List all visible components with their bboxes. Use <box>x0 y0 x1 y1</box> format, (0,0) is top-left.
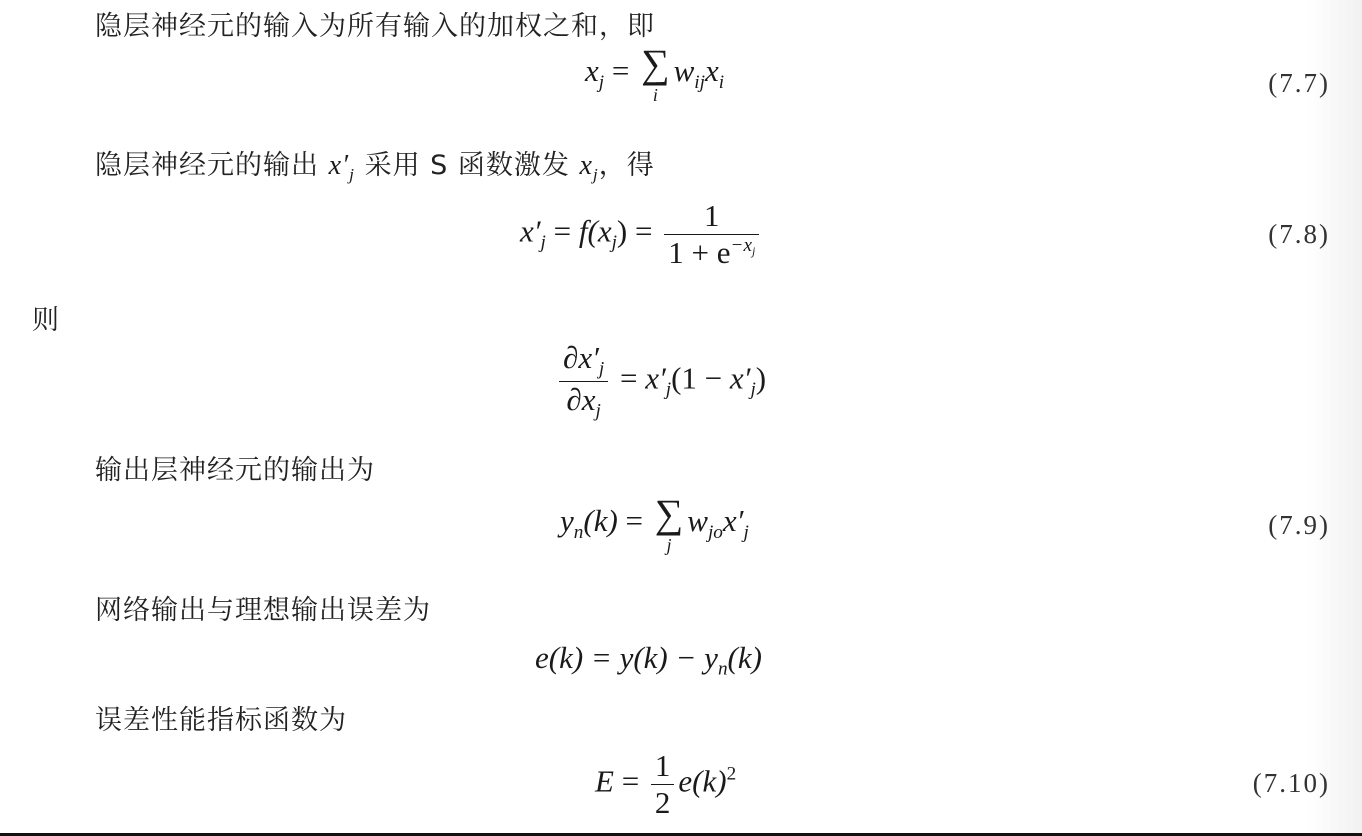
paragraph-hidden-output: 隐层神经元的输出 x′j 采用 S 函数激发 xj，得 <box>95 143 655 185</box>
var: x′ <box>520 213 541 248</box>
var: w <box>674 53 695 88</box>
fraction: ∂x′j ∂xj <box>559 340 608 423</box>
var: E <box>595 763 614 798</box>
equation-7-9: yn(k) = ∑jwjox′j <box>560 494 749 554</box>
var: x <box>585 53 599 88</box>
exponent: 2 <box>727 764 737 785</box>
equals: = <box>554 213 571 248</box>
sum-index: i <box>641 86 670 104</box>
func: f( <box>579 213 598 248</box>
sub: i <box>719 72 724 93</box>
equals: = <box>622 763 639 798</box>
num-text: ∂x′ <box>563 340 599 375</box>
equals: = <box>626 503 643 538</box>
paragraph-network-error: 网络输出与理想输出误差为 <box>95 588 431 627</box>
inline-math: xj <box>579 150 598 181</box>
sub: jo <box>708 522 723 543</box>
sub: j <box>599 72 604 93</box>
sum-index: j <box>655 536 684 554</box>
sum-operator: ∑j <box>655 494 684 554</box>
var: x <box>705 53 719 88</box>
sub: ij <box>694 72 705 93</box>
paren: ) <box>756 360 766 395</box>
sub: j <box>743 522 748 543</box>
sub: j <box>541 232 546 253</box>
equation-number-7-7: (7.7) <box>1268 68 1330 99</box>
fraction: 1 1 + e−xj <box>664 198 759 270</box>
exponent: −xj <box>730 235 755 256</box>
paragraph-performance-index: 误差性能指标函数为 <box>95 698 347 737</box>
text: e(k) <box>678 763 726 798</box>
text: 隐层神经元的输出 <box>95 150 319 181</box>
denominator: ∂xj <box>559 382 608 423</box>
equals: = <box>612 53 629 88</box>
var: x′ <box>723 503 744 538</box>
equation-error: e(k) = y(k) − yn(k) <box>535 640 762 681</box>
sub: j <box>752 244 755 258</box>
den-text: 1 + e <box>668 235 730 270</box>
inline-math: x′j <box>329 150 355 181</box>
sub: n <box>574 522 584 543</box>
sub: j <box>595 401 600 422</box>
sum-operator: ∑i <box>641 44 670 104</box>
numerator: 1 <box>664 198 759 235</box>
paragraph-hidden-input: 隐层神经元的输入为所有输入的加权之和，即 <box>95 4 655 43</box>
equation-7-8: x′j = f(xj) = 1 1 + e−xj <box>520 198 763 270</box>
var: x′ <box>329 150 350 181</box>
equation-derivative: ∂x′j ∂xj = x′j(1 − x′j) <box>555 340 766 423</box>
sum-icon: ∑ <box>641 44 670 84</box>
text: 采用 S 函数激发 <box>365 150 570 181</box>
text: e(k) = y(k) − y <box>535 640 718 675</box>
numerator: ∂x′j <box>559 340 608 382</box>
den-text: ∂x <box>566 382 595 417</box>
sub: n <box>718 659 728 680</box>
numerator: 1 <box>651 748 675 785</box>
sum-icon: ∑ <box>655 494 684 534</box>
sub: j <box>349 165 355 184</box>
fraction: 1 2 <box>651 748 675 820</box>
equation-7-10: E = 1 2 e(k)2 <box>595 748 736 820</box>
text: ，得 <box>599 150 655 181</box>
var: w <box>687 503 708 538</box>
equals: = <box>635 213 652 248</box>
exp-text: −x <box>730 235 751 256</box>
var: x <box>579 150 592 181</box>
var: x <box>598 213 612 248</box>
var: x′ <box>730 360 751 395</box>
text: (1 − <box>671 360 730 395</box>
equals: = <box>620 360 637 395</box>
arg: (k) <box>583 503 617 538</box>
paragraph-then: 则 <box>32 298 60 337</box>
paragraph-output-layer: 输出层神经元的输出为 <box>95 448 375 487</box>
equation-number-7-8: (7.8) <box>1268 219 1330 250</box>
denominator: 1 + e−xj <box>664 235 759 271</box>
var: y <box>560 503 574 538</box>
sub: j <box>599 359 604 380</box>
equation-number-7-10: (7.10) <box>1253 768 1330 799</box>
text: (k) <box>728 640 762 675</box>
denominator: 2 <box>651 785 675 821</box>
equation-number-7-9: (7.9) <box>1268 510 1330 541</box>
paren: ) <box>617 213 627 248</box>
equation-7-7: xj = ∑iwijxi <box>585 44 724 104</box>
var: x′ <box>645 360 666 395</box>
